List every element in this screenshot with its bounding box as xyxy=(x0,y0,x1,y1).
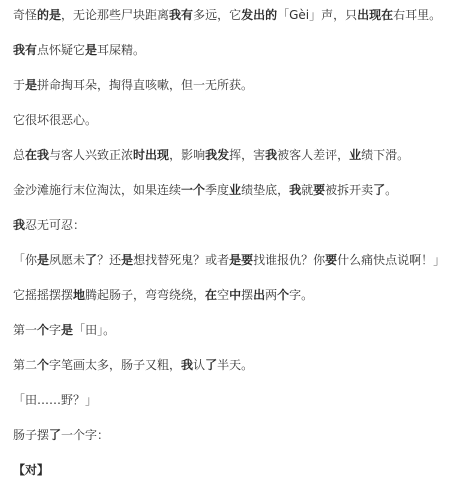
text-segment: 认 xyxy=(193,358,205,372)
text-segment: 总 xyxy=(13,148,25,162)
text-segment: 肠子摆 xyxy=(13,428,49,442)
text-segment: 多远，它 xyxy=(193,8,241,22)
text-segment: 两 xyxy=(265,288,277,302)
text-segment: 忍无可忍： xyxy=(25,218,85,232)
bold-text-segment: 我 xyxy=(289,183,301,197)
paragraph: 它很坏很恶心。 xyxy=(13,112,452,129)
bold-text-segment: 是 xyxy=(25,78,37,92)
document-page: 奇怪的是，无论那些尸块距离我有多远，它发出的「Gèi」声，只出现在右耳里。我有点… xyxy=(0,0,464,500)
paragraph-list: 奇怪的是，无论那些尸块距离我有多远，它发出的「Gèi」声，只出现在右耳里。我有点… xyxy=(13,7,452,479)
bold-text-segment: 业 xyxy=(229,183,241,197)
text-segment: 找谁报仇？你 xyxy=(253,253,325,267)
paragraph: 第二个字笔画太多，肠子又粗，我认了半天。 xyxy=(13,357,452,374)
paragraph: 金沙滩施行末位淘汰，如果连续一个季度业绩垫底，我就要被拆开卖了。 xyxy=(13,182,452,199)
text-segment: 。 xyxy=(385,183,397,197)
paragraph: 我忍无可忍： xyxy=(13,217,452,234)
bold-text-segment: 地 xyxy=(73,288,85,302)
text-segment: 空 xyxy=(217,288,229,302)
text-segment: 想找替死鬼？或者 xyxy=(133,253,229,267)
text-segment: 被客人差评， xyxy=(277,148,349,162)
text-segment: 摆 xyxy=(241,288,253,302)
text-segment: 一个字： xyxy=(61,428,109,442)
text-segment: 夙愿未 xyxy=(49,253,85,267)
bold-text-segment: 要 xyxy=(325,253,337,267)
bold-text-segment: 在 xyxy=(205,288,217,302)
paragraph: 于是拼命掏耳朵，掏得直咳嗽，但一无所获。 xyxy=(13,77,452,94)
bold-text-segment: 一个 xyxy=(181,183,205,197)
bold-text-segment: 个 xyxy=(37,358,49,372)
bold-text-segment: 是要 xyxy=(229,253,253,267)
text-segment: ，影响 xyxy=(169,148,205,162)
text-segment: 第一 xyxy=(13,323,37,337)
bold-text-segment: 中 xyxy=(229,288,241,302)
bold-text-segment: 出现在 xyxy=(357,8,393,22)
text-segment: 拼命掏耳朵，掏得直咳嗽，但一无所获。 xyxy=(37,78,253,92)
bold-text-segment: 个 xyxy=(277,288,289,302)
text-segment: 「田……野？」 xyxy=(13,393,97,407)
text-segment: 金沙滩施行末位淘汰，如果连续 xyxy=(13,183,181,197)
bold-text-segment: 我 xyxy=(265,148,277,162)
text-segment: 它很坏很恶心。 xyxy=(13,113,97,127)
bold-text-segment: 发出的 xyxy=(241,8,277,22)
bold-text-segment: 时出现 xyxy=(133,148,169,162)
text-segment: 绩垫底， xyxy=(241,183,289,197)
text-segment: 绩下滑。 xyxy=(361,148,409,162)
text-segment: 被拆开卖 xyxy=(325,183,373,197)
bold-text-segment: 了 xyxy=(373,183,385,197)
bold-text-segment: 在我 xyxy=(25,148,49,162)
text-segment: 字。 xyxy=(289,288,313,302)
bold-text-segment: 我 xyxy=(13,218,25,232)
paragraph: 它摇摇摆摆地腾起肠子，弯弯绕绕，在空中摆出两个字。 xyxy=(13,287,452,304)
bold-text-segment: 要 xyxy=(313,183,325,197)
bold-text-segment: 了 xyxy=(205,358,217,372)
bold-text-segment: 【对】 xyxy=(13,463,49,477)
bold-text-segment: 是 xyxy=(61,323,73,337)
paragraph: 我有点怀疑它是耳屎精。 xyxy=(13,42,452,59)
text-segment: 它摇摇摆摆 xyxy=(13,288,73,302)
bold-text-segment: 我有 xyxy=(13,43,37,57)
text-segment: 「田」。 xyxy=(73,323,115,337)
bold-text-segment: 的是 xyxy=(37,8,61,22)
bold-text-segment: 个 xyxy=(37,323,49,337)
bold-text-segment: 是 xyxy=(85,43,97,57)
bold-text-segment: 了 xyxy=(85,253,97,267)
text-segment: ？还 xyxy=(97,253,121,267)
paragraph: 「田……野？」 xyxy=(13,392,452,409)
text-segment: 挥，害 xyxy=(229,148,265,162)
text-segment: 字笔画太多，肠子又粗， xyxy=(49,358,181,372)
bold-text-segment: 我 xyxy=(181,358,193,372)
text-segment: 第二 xyxy=(13,358,37,372)
text-segment: 就 xyxy=(301,183,313,197)
text-segment: 「你 xyxy=(13,253,37,267)
text-segment: 字 xyxy=(49,323,61,337)
text-segment: 奇怪 xyxy=(13,8,37,22)
text-segment: ，无论那些尸块距离 xyxy=(61,8,169,22)
bold-text-segment: 是 xyxy=(121,253,133,267)
paragraph: 奇怪的是，无论那些尸块距离我有多远，它发出的「Gèi」声，只出现在右耳里。 xyxy=(13,7,452,24)
bold-text-segment: 业 xyxy=(349,148,361,162)
bold-text-segment: 出 xyxy=(253,288,265,302)
paragraph: 第一个字是「田」。 xyxy=(13,322,452,339)
text-segment: 什么痛快点说啊！」 xyxy=(337,253,445,267)
text-segment: 右耳里。 xyxy=(393,8,441,22)
text-segment: 耳屎精。 xyxy=(97,43,145,57)
text-segment: 与客人兴致正浓 xyxy=(49,148,133,162)
text-segment: 点怀疑它 xyxy=(37,43,85,57)
bold-text-segment: 我有 xyxy=(169,8,193,22)
text-segment: 半天。 xyxy=(217,358,253,372)
bold-text-segment: 是 xyxy=(37,253,49,267)
text-segment: 「Gèi」声，只 xyxy=(277,8,357,22)
text-segment: 季度 xyxy=(205,183,229,197)
bold-text-segment: 了 xyxy=(49,428,61,442)
text-segment: 于 xyxy=(13,78,25,92)
text-segment: 腾起肠子，弯弯绕绕， xyxy=(85,288,205,302)
paragraph: 总在我与客人兴致正浓时出现，影响我发挥，害我被客人差评，业绩下滑。 xyxy=(13,147,452,164)
paragraph: 【对】 xyxy=(13,462,452,479)
paragraph: 肠子摆了一个字： xyxy=(13,427,452,444)
bold-text-segment: 我发 xyxy=(205,148,229,162)
paragraph: 「你是夙愿未了？还是想找替死鬼？或者是要找谁报仇？你要什么痛快点说啊！」 xyxy=(13,252,452,269)
